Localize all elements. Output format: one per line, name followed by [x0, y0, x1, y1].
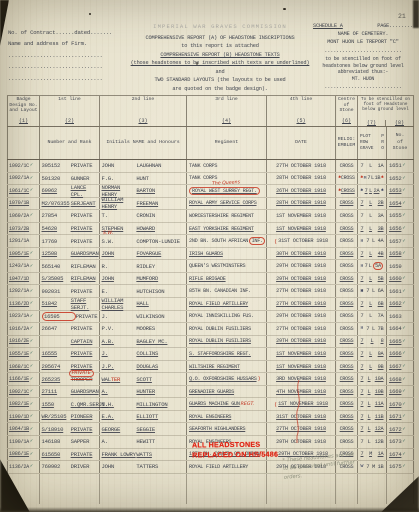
cell-religious-emblem: CROSS [336, 198, 358, 210]
cell-regiment: ROYAL FIELD ARTILLERY [187, 461, 267, 473]
cell-stone-number: 1662✓ [387, 298, 414, 310]
cell-date: 29TH OCTOBER 1918 [267, 336, 336, 348]
cell-stone-number: 1653✓ [387, 185, 414, 197]
scan-edge [0, 507, 419, 512]
cell-regiment: GRENADIER GUARDS [187, 386, 267, 398]
stencil-note-line: abbreviated thus:- [312, 69, 414, 76]
cell-name: E.A.ELLIOTT [100, 411, 187, 423]
cell-number-rank: 146188SAPPER [40, 436, 100, 448]
cell-badge-design: 1005/1E✓ [7, 248, 40, 260]
table-header-row-2: Number and Rank Initials NAME and Honour… [7, 127, 414, 160]
stencil-note-line: to be stencilled on foot of [312, 56, 414, 63]
cell-date: 29TH OCTOBER 1918 [267, 273, 336, 285]
cell-stone-number: 1660✓ [387, 273, 414, 285]
table-header-row-1: Badge Design No. and Layout(1) 1st line(… [7, 95, 414, 127]
dotted-line: .......................... [312, 47, 414, 55]
cell-plot-row-grave: 7L9B [358, 361, 387, 373]
cell-badge-design: 1092/1C✓ [7, 160, 40, 172]
replacement-stamp: ALL HEADSTONES REPLACED ON HS/5486 [192, 440, 278, 462]
cell-stone-number: 1664✓ [387, 323, 414, 335]
cell-date: 29TH OCTOBER 1918 [267, 311, 336, 323]
table-row: 1243/1A✓565140RIFLEMANR.RIDLEYQUEEN'S WE… [7, 260, 414, 273]
cell-religious-emblem: CROSS [336, 436, 358, 448]
cell-stone-number: 1651✓ [387, 160, 414, 172]
cell-number-rank: 27111GUARDSMAN [40, 386, 100, 398]
table-body: 1092/1C✓305152PRIVATEJOHNLAUGHNANTANK CO… [7, 160, 414, 474]
subheader-date: DATE [267, 127, 336, 159]
cell-plot-row-grave: 7L11B [358, 411, 387, 423]
table-row: 1070/1BM2/076355SERJEANTWILLIAM HENRYFRE… [7, 198, 414, 211]
cell-number-rank: 16555PRIVATE [40, 348, 100, 360]
schedule-label: SCHEDULE A [313, 22, 343, 30]
cell-badge-design: 1166/1E✓ [7, 373, 40, 385]
table-row: 1082/1E✓1550C.QMR.SERJT.N.H.MILLINGTONGU… [7, 398, 414, 411]
cell-religious-emblem: CROSS [336, 411, 358, 423]
cell-religious-emblem: ✱CROSS [336, 173, 358, 185]
cell-regiment: WORCESTERSHIRE REGIMENT [187, 210, 267, 222]
cell-badge-design: 1092/1A✓ [7, 173, 40, 185]
col-line1-header: 1st line(2) [40, 96, 100, 126]
cell-regiment: ROYAL WEST SURREY REGT.The Queens [187, 185, 267, 197]
cell-regiment: ROYAL ENGINEERS [187, 411, 267, 423]
cell-date: 4TH NOVEMBER 1918 [267, 386, 336, 398]
cell-plot-row-grave: 7L8 [358, 336, 387, 348]
cell-number-rank: 26647PRIVATE [40, 323, 100, 335]
cell-date: 30TH OCTOBER 1918 [267, 248, 336, 260]
cell-religious-emblem: CROSS [336, 248, 358, 260]
dotted-line: .............................. [8, 73, 126, 84]
cell-badge-design: 1069/2A✓ [7, 210, 40, 222]
cell-regiment: ROYAL ARMY SERVICE CORPS [187, 198, 267, 210]
cell-stone-number: 1657✓ [387, 235, 414, 247]
contract-line: No. of Contract......dated....... [8, 27, 126, 38]
header-center: IMPERIAL WAR GRAVES COMMISSION COMPREHEN… [122, 23, 318, 93]
cell-number-rank: 69962LANCE CPL. [40, 185, 100, 197]
table-row: 1201/1A17769PRIVATES.W.S.W.COMPTON-LUNDI… [7, 235, 414, 248]
col-centre-header: Centre of Stone(6) [336, 96, 358, 126]
table-row: 1073/2B54620PRIVATESTEPHENHOWARDEAST YOR… [7, 223, 414, 236]
cell-religious-emblem: CROSS [336, 160, 358, 172]
cell-religious-emblem: CROSS [336, 423, 358, 435]
cell-badge-design: 1201/1A [7, 235, 40, 247]
stencil-abbreviation: MT. HUON [312, 76, 414, 83]
cell-date: 1ST NOVEMBER 1918 [267, 348, 336, 360]
cell-stone-number: 1656✓ [387, 223, 414, 235]
cell-stone-number: 1655✓ [387, 210, 414, 222]
cell-badge-design: 1190/1A✓ [7, 436, 40, 448]
stencil-note-line: headstones below ground level [312, 63, 414, 70]
cell-number-rank: S/35005RIFLEMAN [40, 273, 100, 285]
cell-plot-row-grave: 7L6B [358, 298, 387, 310]
cell-plot-row-grave: 7L3B [358, 223, 387, 235]
cell-badge-design: 1202/1A✓ [7, 285, 40, 297]
cell-date: 28TH OCTOBER 1918 [267, 173, 336, 185]
table-row: 1047/1DS/35005RIFLEMANJOHNMUMFORDRIFLE B… [7, 273, 414, 286]
cell-name: P.V.MOORES [100, 323, 187, 335]
cell-religious-emblem: CROSS [336, 223, 358, 235]
cell-number-rank: 760902DRIVER [40, 461, 100, 473]
cell-regiment: RIFLE BRIGADE [187, 273, 267, 285]
cemetery-name: MONT HUON LE TREPORT "C" [312, 38, 414, 46]
dotted-line: .......................... [312, 83, 414, 91]
cell-name: R.RIDLEY [100, 260, 187, 272]
cell-stone-number: 1661✓ [387, 285, 414, 297]
table-row: 1064/1B✓S/18910PRIVATEGEORGESEGGIESEAFOR… [7, 423, 414, 436]
table-row: 1166/1E✓265235TROOPERPRIVATEWALTERSCOTTQ… [7, 373, 414, 386]
cell-number-rank: 12508GUARDSMAN [40, 248, 100, 260]
table-row: 1023/1A✓16595PRIVATEJ.WILKINSONROYAL INN… [7, 311, 414, 324]
cell-number-rank: 27854PRIVATE [40, 210, 100, 222]
cell-plot-row-grave: 7L2B [358, 198, 387, 210]
cell-plot-row-grave: H7L7B [358, 323, 387, 335]
subheader-regiment: Regiment [187, 127, 267, 159]
cell-number-rank: 565140RIFLEMAN [40, 260, 100, 272]
report-line: COMPREHENSIVE REPORT (A) OF HEADSTONE IN… [122, 34, 318, 42]
cell-number-rank: M2/076355SERJEANT [40, 198, 100, 210]
col-line4-header: 4th line(5) [267, 96, 336, 126]
cell-date: 3RD NOVEMBER 1918 [267, 373, 336, 385]
cell-religious-emblem: CROSS [336, 285, 358, 297]
cell-religious-emblem: CROSS [336, 235, 358, 247]
cell-stone-number: 1670✓ [387, 398, 414, 410]
cell-religious-emblem: CROSS [336, 273, 358, 285]
cell-regiment: ROYAL DUBLIN FUSILIERS [187, 323, 267, 335]
subheader-name: Initials NAME and Honours [100, 127, 187, 159]
cell-date: (1ST NOVEMBER 1918 [267, 398, 336, 410]
cell-name: JOHNMUMFORD [100, 273, 187, 285]
cell-badge-design: 1082/1E✓ [7, 398, 40, 410]
cell-religious-emblem: CROSS [336, 210, 358, 222]
cell-religious-emblem: CROSS [336, 311, 358, 323]
cell-badge-design: 1016/2A✓ [7, 323, 40, 335]
cell-badge-design: 1136/2A✓ [7, 461, 40, 473]
cell-religious-emblem: CROSS [336, 323, 358, 335]
cell-date: (31ST OCTOBER 1918 [267, 235, 336, 247]
cell-stone-number: 1666✓ [387, 348, 414, 360]
cell-date: 1ST NOVEMBER 1918 [267, 210, 336, 222]
table-row: 1069/2A✓27854PRIVATET.CRONINWORCESTERSHI… [7, 210, 414, 223]
subheader-number-rank: Number and Rank [40, 127, 100, 159]
cell-name: JOHNTATTERS [100, 461, 187, 473]
ink-speck [196, 62, 198, 65]
cell-date: 27TH OCTOBER 1918 [267, 423, 336, 435]
report-line: COMPREHENSIVE REPORT (B) HEADSTONE TEXTS [122, 51, 318, 59]
table-row: 1202/1A✓902031PRIVATEE.HUTCHISON85TH BN.… [7, 285, 414, 298]
cell-number-rank: 17769PRIVATE [40, 235, 100, 247]
cell-number-rank: S/18910PRIVATE [40, 423, 100, 435]
cell-regiment: ROYAL FIELD ARTILLERY [187, 298, 267, 310]
table-row: 1005/1E✓12508GUARDSMANJOHNFOVARGUEIRISH … [7, 248, 414, 261]
cell-stone-number: 1658✓ [387, 248, 414, 260]
cell-name: JOHNLAUGHNAN [100, 160, 187, 172]
cell-plot-row-grave: H7L4A [358, 235, 387, 247]
cell-date: 1ST NOVEMBER 1918 [267, 361, 336, 373]
cell-religious-emblem: CROSS [336, 348, 358, 360]
cell-name: F.G.HUNT [100, 173, 187, 185]
table-row: 1092/1A✓501320GUNNERF.G.HUNTTANK CORPS28… [7, 173, 414, 186]
table-row: 1002/1C✓27111GUARDSMANA.HUNTERGRENADIER … [7, 386, 414, 399]
cell-plot-row-grave: 7L3A [358, 210, 387, 222]
cell-religious-emblem: CROSS [336, 386, 358, 398]
header-left: No. of Contract......dated....... Name a… [8, 27, 126, 84]
col-badge-header: Badge Design No. and Layout(1) [7, 96, 40, 126]
subheader-blank [7, 127, 40, 159]
cell-stone-number: 1665✓ [387, 336, 414, 348]
cell-number-rank: 51842STAFF SERJT. [40, 298, 100, 310]
cell-name: NORMAN HENRYBARTON [100, 185, 187, 197]
col-stencil-header: To be stencilled on foot of Headstone be… [358, 96, 414, 126]
report-line: TWO STANDARD LAYOUTS (the layouts to be … [122, 76, 318, 84]
cell-badge-design: 1086/1E✓ [7, 449, 40, 461]
cell-badge-design: 1068/1C✓ [7, 361, 40, 373]
dotted-line: .............................. [8, 50, 126, 61]
cell-date: 28TH OCTOBER 1918 [267, 198, 336, 210]
cell-name: N.H.MILLINGTON [100, 398, 187, 410]
cell-stone-number: 1652✓ [387, 173, 414, 185]
cell-religious-emblem: CROSS [336, 336, 358, 348]
cell-number-rank: 16595PRIVATE [40, 311, 100, 323]
cell-stone-number: 1654✓ [387, 198, 414, 210]
subheader-emblem: RELIG:EMBLEM [336, 127, 358, 159]
cell-number-rank: 305152PRIVATE [40, 160, 100, 172]
cell-number-rank: 615650PRIVATE [40, 449, 100, 461]
col-line3-header: 3rd line(4) [187, 96, 267, 126]
cell-regiment: QUEEN'S WESTMINSTERS [187, 260, 267, 272]
cell-stone-number: 1668✓ [387, 373, 414, 385]
cell-date: 29TH OCTOBER 1918 [267, 260, 336, 272]
dotted-line: .............................. [8, 61, 126, 72]
cell-religious-emblem: CROSS [336, 298, 358, 310]
cell-name: JOHNFOVARGUE [100, 248, 187, 260]
cell-number-rank: 54620PRIVATE [40, 223, 100, 235]
report-line: to this report is attached [122, 42, 318, 50]
cell-date: 27TH OCTOBER 1918 [267, 160, 336, 172]
cell-name: J.P.DOUGLAS [100, 361, 187, 373]
table-row: 1016/2A✓26647PRIVATEP.V.MOORESROYAL DUBL… [7, 323, 414, 336]
cell-number-rank: 902031PRIVATE [40, 285, 100, 297]
cell-badge-design: 1064/1B✓ [7, 423, 40, 435]
cell-plot-row-grave: 7L10B [358, 386, 387, 398]
page-number: 21 [398, 13, 406, 20]
table-row: 1092/1C✓305152PRIVATEJOHNLAUGHNANTANK CO… [7, 160, 414, 173]
cell-stone-number: 1667✓ [387, 361, 414, 373]
cell-number-rank: CAPTAIN [40, 336, 100, 348]
cell-date: 27TH OCTOBER 1918 [267, 285, 336, 297]
cell-religious-emblem: CROSS [336, 398, 358, 410]
table-column-extension [7, 474, 414, 504]
cell-date: 27TH OCTOBER 1918 [267, 298, 336, 310]
table-row: 1136/2D✓51842STAFF SERJT.WILLIAM CHARLES… [7, 298, 414, 311]
cell-plot-row-grave: 7L11A [358, 398, 387, 410]
cell-name: S.W.S.W.COMPTON-LUNDIE [100, 235, 187, 247]
cell-plot-row-grave: 7L5B [358, 273, 387, 285]
cell-plot-row-grave: ✱7L2A✱ [358, 185, 387, 197]
cell-badge-design: 1047/1D [7, 273, 40, 285]
cell-name: FRANK LOWRYWATTS [100, 449, 187, 461]
cell-regiment: S. STAFFORDSHIRE REGT. [187, 348, 267, 360]
cell-name: E.HUTCHISON [100, 285, 187, 297]
table-row: 1190/1D✓WR/25105PIONEERE.A.ELLIOTTROYAL … [7, 411, 414, 424]
cell-badge-design: 1073/2B [7, 223, 40, 235]
cell-number-rank: WR/25105PIONEER [40, 411, 100, 423]
cell-name: T.CRONIN [100, 210, 187, 222]
ink-speck [89, 13, 91, 15]
cell-plot-row-grave: 7L12A [358, 423, 387, 435]
cell-stone-number: 1663 [387, 311, 414, 323]
cell-stone-number: 1671✓ [387, 411, 414, 423]
cell-number-rank: 265235TROOPERPRIVATE [40, 373, 100, 385]
cell-plot-row-grave: 7L1A [358, 160, 387, 172]
cell-badge-design: 1002/1C✓ [7, 386, 40, 398]
cell-stone-number: 1669✓ [387, 386, 414, 398]
cell-name: A.B.BAGLEY MC. [100, 336, 187, 348]
cell-religious-emblem: CROSS [336, 361, 358, 373]
cell-number-rank: 501320GUNNER [40, 173, 100, 185]
scanned-document-page: No. of Contract......dated....... Name a… [0, 0, 419, 512]
cell-name: A.HEWITT [100, 436, 187, 448]
cell-regiment: 2ND BN. SOUTH AFRICANINF. [187, 235, 267, 247]
cell-regiment: SEAFORTH HIGHLANDERS [187, 423, 267, 435]
cell-plot-row-grave: 7L9A [358, 348, 387, 360]
cell-name: J.WILKINSON [100, 311, 187, 323]
cell-regiment: 85TH BN. CANADIAN INF. [187, 285, 267, 297]
cell-regiment: IRISH GUARDS [187, 248, 267, 260]
cell-regiment: EAST YORKSHIRE REGIMENT [187, 223, 267, 235]
cell-name: WILLIAM HENRYFREEMAN [100, 198, 187, 210]
report-line: and [122, 68, 318, 76]
cell-plot-row-grave: ✱M7L1B✱ [358, 173, 387, 185]
report-line: are quoted on the badge design). [122, 85, 318, 93]
cell-regiment: WILTSHIRE REGIMENT [187, 361, 267, 373]
cell-stone-number: 1673✓ [387, 436, 414, 448]
ink-speck [283, 8, 286, 10]
cell-date: 27TH OCTOBER 1918 [267, 323, 336, 335]
cemetery-label: NAME OF CEMETERY. [312, 30, 414, 38]
cell-name: J.COLLINS [100, 348, 187, 360]
page-label: PAGE........ [377, 22, 413, 30]
cell-badge-design: 1070/1B [7, 198, 40, 210]
cell-plot-row-grave: H7L5A [358, 260, 387, 272]
cell-regiment: ROYAL DUBLIN FUSILIERS [187, 336, 267, 348]
cell-plot-row-grave: 7L4B [358, 248, 387, 260]
report-line: (those headstones to be inscribed with t… [122, 59, 318, 67]
cell-plot-row-grave: 7L12B [358, 436, 387, 448]
cell-name: A.HUNTER [100, 386, 187, 398]
cell-name: WALTERSCOTT [100, 373, 187, 385]
table-row: 1055/1E✓16555PRIVATEJ.COLLINSS. STAFFORD… [7, 348, 414, 361]
table-row: 1016/2E✓CAPTAINA.B.BAGLEY MC.ROYAL DUBLI… [7, 336, 414, 349]
cell-regiment: ROYAL INNISKILLING FUS. [187, 311, 267, 323]
header-right: SCHEDULE A PAGE........ NAME OF CEMETERY… [312, 22, 414, 91]
subheader-stone-number: No.ofStone [387, 127, 414, 159]
cell-plot-row-grave: 7L10A [358, 373, 387, 385]
cell-date: 31ST OCTOBER 1918 [267, 411, 336, 423]
cell-date: 1ST NOVEMBER 1918 [267, 223, 336, 235]
table-row: 1061/1C✓69962LANCE CPL.NORMAN HENRYBARTO… [7, 185, 414, 198]
cell-stone-number: 1659 [387, 260, 414, 272]
cell-plot-row-grave: 7L7A [358, 311, 387, 323]
cell-religious-emblem: CROSS [336, 260, 358, 272]
cell-regiment: Q.O. OXFORDSHIRE HUSSARS) [187, 373, 267, 385]
subheader-plot-row-grave: PLOTP ROWR GRAVEO [358, 127, 387, 159]
cell-badge-design: 1016/2E✓ [7, 336, 40, 348]
cell-badge-design: 1023/1A✓ [7, 311, 40, 323]
cell-date: 26TH OCTOBER 1918 [267, 185, 336, 197]
cell-badge-design: 1190/1D✓ [7, 411, 40, 423]
cell-religious-emblem: ✱CROSS [336, 185, 358, 197]
cell-name: GEORGESEGGIE [100, 423, 187, 435]
firm-line: Name and address of Firm. [8, 38, 126, 49]
cell-name: WILLIAM CHARLESHALL [100, 298, 187, 310]
col-line2-header: 2nd line(3) [100, 96, 187, 126]
table-row: 1068/1C✓205674PRIVATEJ.P.DOUGLASWILTSHIR… [7, 361, 414, 374]
commission-title: IMPERIAL WAR GRAVES COMMISSION [122, 23, 318, 32]
cell-badge-design: 1061/1C✓ [7, 185, 40, 197]
cell-badge-design: 1243/1A✓ [7, 260, 40, 272]
cell-regiment: GUARDS MACHINE GUNREGT. [187, 398, 267, 410]
cell-badge-design: 1136/2D✓ [7, 298, 40, 310]
cell-religious-emblem: CROSS [336, 373, 358, 385]
cell-regiment: TANK CORPS [187, 160, 267, 172]
cell-stone-number: 1672✓ [387, 423, 414, 435]
cell-number-rank: 1550C.QMR.SERJT. [40, 398, 100, 410]
cell-plot-row-grave: H7L6A [358, 285, 387, 297]
cell-badge-design: 1055/1E✓ [7, 348, 40, 360]
